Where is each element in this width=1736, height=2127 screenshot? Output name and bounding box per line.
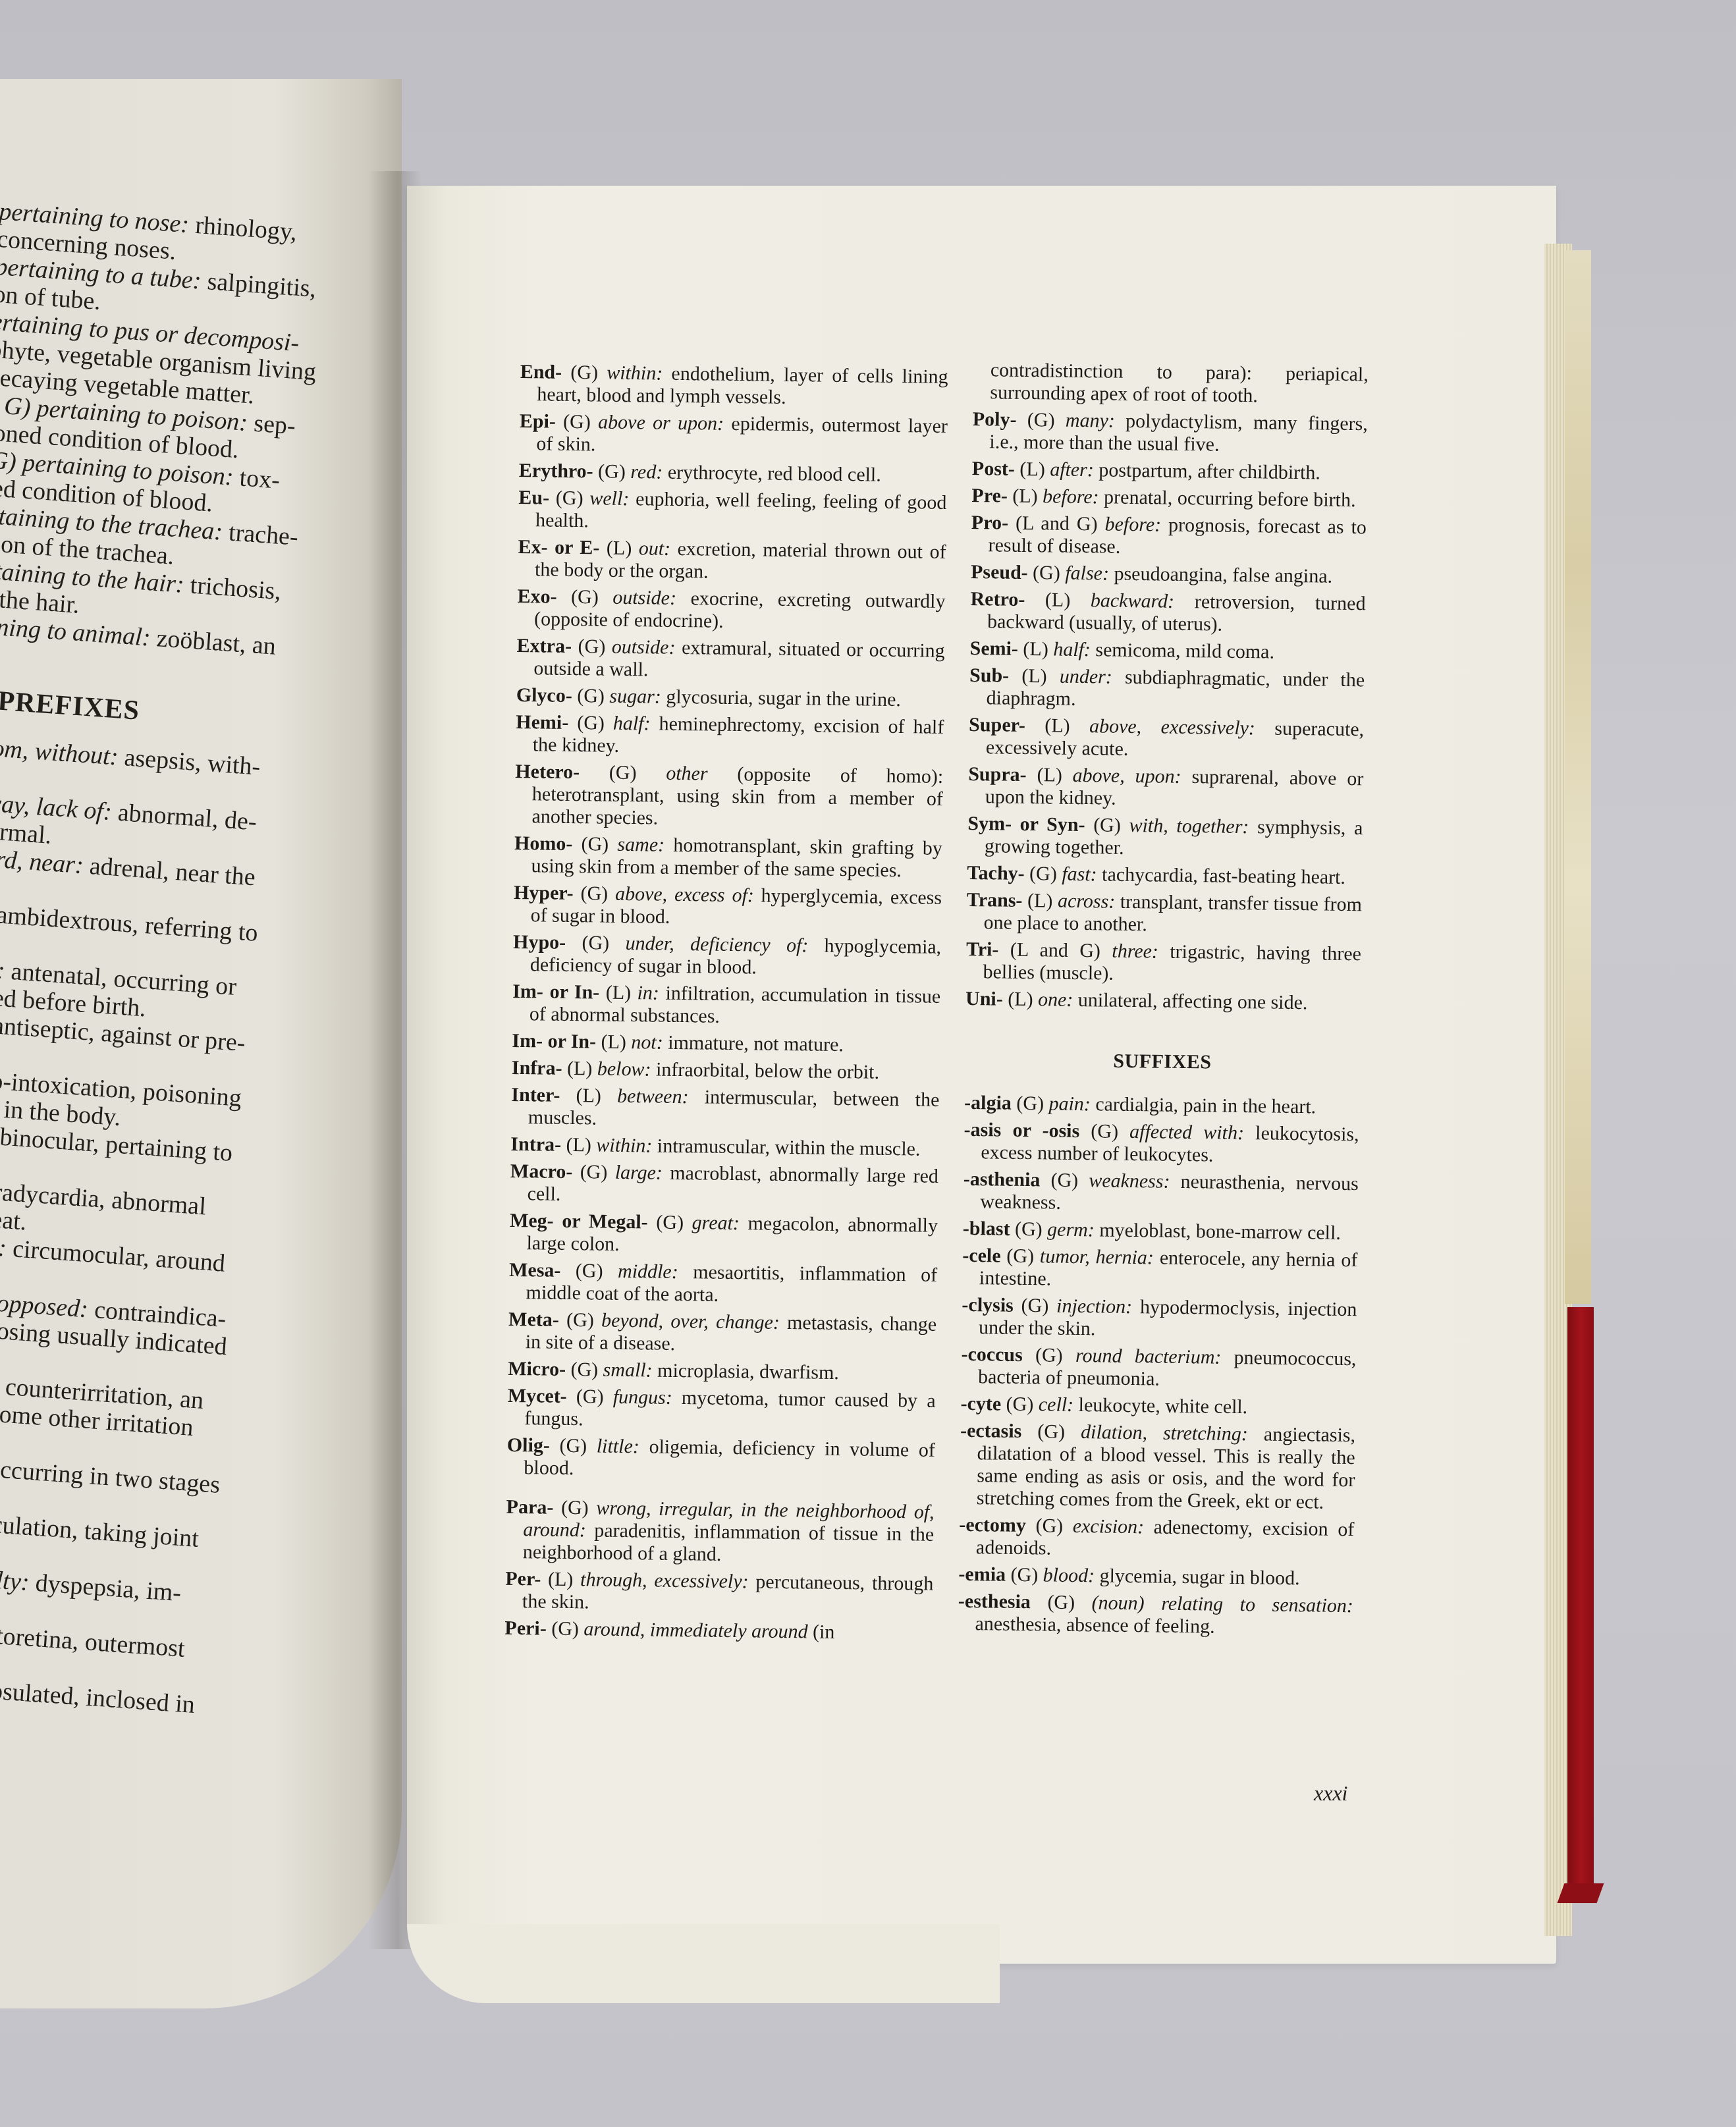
dictionary-entry: Extra- (G) outside: extramural, situated… <box>516 635 945 685</box>
entry-definition: glycemia, sugar in blood. <box>1095 1565 1300 1589</box>
entry-term: Trans- <box>967 889 1023 911</box>
entry-meaning: in: <box>637 982 659 1004</box>
entry-meaning: cell: <box>1039 1393 1074 1416</box>
entry-definition: pseudoangina, false angina. <box>1109 563 1332 587</box>
entry-term: -esthesia <box>958 1590 1031 1613</box>
entry-term: -cyte <box>960 1393 1001 1415</box>
entry-origin: (L) <box>596 1031 632 1053</box>
entry-meaning: false: <box>1065 562 1109 585</box>
dictionary-entry: Im- or In- (L) in: infiltration, accumul… <box>512 981 941 1031</box>
entry-term: -ectasis <box>960 1420 1022 1442</box>
entry-definition: cardialgia, pain in the heart. <box>1091 1093 1316 1117</box>
entry-origin: (L) <box>599 537 639 559</box>
entry-origin: (G) <box>580 761 666 784</box>
entry-term: Intra- <box>510 1133 561 1156</box>
dictionary-entry: Supra- (L) above, upon: suprarenal, abov… <box>968 763 1364 813</box>
entry-meaning: under: <box>1060 666 1112 688</box>
entry-origin: (L) <box>1018 638 1054 660</box>
entry-origin: (G) <box>556 586 612 608</box>
entry-term: Mycet- <box>508 1385 567 1407</box>
entry-term: Ex- or E- <box>518 536 599 559</box>
entry-origin: (L) <box>560 1085 617 1107</box>
dictionary-entry: Eu- (G) well: euphoria, well feeling, fe… <box>518 487 947 537</box>
entry-meaning: above, excess of: <box>615 883 754 907</box>
entry-origin: (L) <box>1003 988 1039 1011</box>
entry-definition: anesthesia, absence of feeling. <box>975 1613 1214 1637</box>
entry-origin: (G) <box>593 460 631 483</box>
entry-origin: (G) <box>550 1435 597 1457</box>
prefix-column-middle: End- (G) within: endothelium, layer of c… <box>504 361 948 1650</box>
entry-origin: (L) <box>1008 485 1043 508</box>
entry-origin: (L and G) <box>1008 512 1105 535</box>
entry-term: Sub- <box>969 664 1009 687</box>
entry-meaning: many: <box>1066 410 1115 432</box>
dictionary-entry: Mycet- (G) fungus: mycetoma, tumor cause… <box>507 1385 936 1435</box>
dictionary-entry: -blast (G) germ: myeloblast, bone-marrow… <box>963 1218 1358 1245</box>
entry-origin: (G) <box>567 1386 613 1408</box>
entry-meaning: with, together: <box>1129 815 1249 838</box>
entry-term: Retro- <box>970 588 1025 610</box>
dictionary-entry: Super- (L) above, excessively: superacut… <box>969 714 1365 763</box>
entry-definition: leukocyte, white cell. <box>1073 1394 1247 1418</box>
line-text: sep- <box>247 409 297 440</box>
suffix-list: -algia (G) pain: cardialgia, pain in the… <box>958 1092 1359 1640</box>
dictionary-entry: -esthesia (G) (noun) relating to sensati… <box>958 1590 1353 1640</box>
entry-origin: (L and G) <box>998 939 1112 962</box>
dictionary-entry: Retro- (L) backward: retroversion, turne… <box>970 588 1366 637</box>
entry-term: Im- or In- <box>512 981 599 1004</box>
dictionary-entry: Ex- or E- (L) out: excretion, material t… <box>518 536 946 586</box>
entry-origin: (G) <box>1031 1591 1092 1613</box>
dictionary-entry: Macro- (G) large: macroblast, abnormally… <box>510 1160 938 1210</box>
entry-origin: (G) <box>568 712 613 734</box>
dictionary-entry: Sym- or Syn- (G) with, together: symphys… <box>967 813 1363 862</box>
entry-term: Extra- <box>517 635 572 657</box>
entry-meaning: red: <box>630 461 663 483</box>
entry-meaning: around, immediately around <box>583 1618 808 1642</box>
entry-origin: (G) <box>1023 1344 1076 1366</box>
entry-origin: (G) <box>1021 1420 1081 1443</box>
entry-origin: (G) <box>648 1211 692 1233</box>
entry-term: -algia <box>964 1092 1012 1114</box>
dictionary-entry: -ectomy (G) excision: adenectomy, excisi… <box>959 1514 1355 1563</box>
dictionary-entry: Post- (L) after: postpartum, after child… <box>972 458 1367 485</box>
entry-origin: (G) <box>1012 1092 1049 1115</box>
entry-origin: (G) <box>566 932 626 954</box>
entry-meaning: great: <box>692 1212 740 1234</box>
entry-term: Hyper- <box>514 882 574 904</box>
entry-origin: (G) <box>553 1497 596 1519</box>
entry-meaning: round bacterium: <box>1075 1345 1222 1368</box>
entry-meaning: above, excessively: <box>1089 715 1255 739</box>
entry-meaning: little: <box>597 1436 639 1458</box>
entry-term: -cele <box>962 1245 1001 1267</box>
entry-meaning: within: <box>596 1135 652 1157</box>
entry-term: Glyco- <box>516 684 572 707</box>
entry-meaning: half: <box>613 713 651 735</box>
entry-origin: (G) <box>573 882 615 905</box>
entry-origin: (G) <box>562 362 607 384</box>
entry-term: Eu- <box>518 487 549 509</box>
dictionary-entry: Poly- (G) many: polydactylism, many fing… <box>972 408 1368 458</box>
suffixes-heading: SUFFIXES <box>965 1048 1360 1075</box>
entry-meaning: large: <box>615 1162 663 1184</box>
entry-origin: (L) <box>1015 458 1050 481</box>
entry-definition: infraorbital, below the orbit. <box>651 1059 879 1083</box>
entry-term: Poly- <box>973 408 1017 431</box>
entry-term: -clysis <box>962 1294 1014 1316</box>
entry-meaning: backward: <box>1091 589 1175 612</box>
entry-term: Macro- <box>510 1160 573 1183</box>
entry-origin: (L) <box>599 982 637 1004</box>
dictionary-entry: Homo- (G) same: homotransplant, skin gra… <box>514 832 942 882</box>
entry-term: Tachy- <box>967 862 1025 884</box>
entry-origin: (L) <box>1022 890 1058 912</box>
entry-definition: intramuscular, within the muscle. <box>652 1135 920 1160</box>
entry-term: -asis or -osis <box>963 1119 1079 1142</box>
entry-term: Epi- <box>520 410 556 433</box>
dictionary-entry: Uni- (L) one: unilateral, affecting one … <box>965 988 1361 1015</box>
entry-origin: (G) <box>547 1618 584 1640</box>
dictionary-entry: -emia (G) blood: glycemia, sugar in bloo… <box>958 1563 1353 1590</box>
dictionary-entry: Tri- (L and G) three: trigastric, having… <box>965 938 1361 988</box>
prefix-list-continued: Poly- (G) many: polydactylism, many fing… <box>965 408 1368 1015</box>
dictionary-entry: Meta- (G) beyond, over, change: metastas… <box>508 1308 937 1359</box>
entry-meaning: fungus: <box>613 1386 672 1409</box>
entry-origin: (G) <box>1001 1393 1039 1416</box>
entry-meaning: weakness: <box>1089 1170 1170 1193</box>
entry-term: Para- <box>506 1496 554 1519</box>
dictionary-entry: -asthenia (G) weakness: neurasthenia, ne… <box>963 1168 1359 1218</box>
entry-origin: (G) <box>560 1260 618 1282</box>
entry-meaning: above, upon: <box>1072 765 1181 788</box>
dictionary-entry: Pro- (L and G) before: prognosis, foreca… <box>971 512 1367 561</box>
entry-term: Post- <box>972 458 1015 480</box>
entry-origin: (G) <box>1040 1169 1089 1191</box>
entry-term: Semi- <box>969 637 1018 660</box>
entry-term: Sym- or Syn- <box>967 813 1085 836</box>
entry-meaning: fast: <box>1062 863 1097 886</box>
entry-term: -coccus <box>961 1343 1023 1366</box>
entry-definition: (in <box>807 1621 834 1642</box>
entry-term: Homo- <box>514 832 573 855</box>
entry-meaning: injection: <box>1056 1295 1132 1318</box>
prefix-suffix-column-right: contradistinction to para): periapical, … <box>958 359 1369 1644</box>
dictionary-entry: Semi- (L) half: semicoma, mild coma. <box>969 637 1365 664</box>
entry-term: Hetero- <box>515 761 580 783</box>
dictionary-entry: Micro- (G) small: microplasia, dwarfism. <box>508 1358 936 1386</box>
entry-term: Pre- <box>971 485 1008 507</box>
entry-meaning: small: <box>603 1359 652 1382</box>
entry-term: Mesa- <box>509 1259 561 1281</box>
entry-meaning: across: <box>1058 890 1116 913</box>
entry-meaning: affected with: <box>1129 1121 1244 1144</box>
entry-meaning: other <box>666 763 708 785</box>
dictionary-entry: Sub- (L) under: subdiaphragmatic, under … <box>969 664 1365 714</box>
entry-term: Inter- <box>511 1084 560 1106</box>
dictionary-entry: Hyper- (G) above, excess of: hyperglycem… <box>514 882 942 932</box>
entry-term: -ectomy <box>959 1514 1026 1536</box>
entry-origin: (G) <box>572 833 617 855</box>
entry-term: Im- or In- <box>512 1030 596 1053</box>
entry-term: -emia <box>958 1563 1006 1586</box>
entry-origin: (G) <box>1016 409 1066 431</box>
entry-origin: (G) <box>1028 562 1066 584</box>
entry-meaning: above or upon: <box>598 411 724 434</box>
dictionary-entry: Hetero- (G) other (opposite of homo): he… <box>514 761 943 833</box>
left-page-top-entries: pertaining to nose: rhinology,concerning… <box>0 198 368 664</box>
dictionary-entry: Im- or In- (L) not: immature, not mature… <box>512 1030 940 1058</box>
entry-term: Erythro- <box>519 460 593 482</box>
entry-origin: (G) <box>572 685 610 707</box>
entry-term: Supra- <box>968 763 1027 786</box>
dictionary-entry: Olig- (G) little: oligemia, deficiency i… <box>506 1434 935 1484</box>
entry-meaning: below: <box>597 1058 651 1081</box>
entry-origin: (G) <box>1014 1295 1057 1317</box>
entry-origin: (G) <box>572 635 612 658</box>
dictionary-entry: Epi- (G) above or upon: epidermis, outer… <box>519 410 948 460</box>
entry-origin: (G) <box>1085 814 1129 836</box>
entry-definition: tachycardia, fast-beating heart. <box>1097 863 1345 888</box>
entry-meaning: before: <box>1104 513 1161 535</box>
entry-origin: (G) <box>1006 1564 1043 1586</box>
entry-definition: postpartum, after childbirth. <box>1094 459 1320 483</box>
entry-origin: (G) <box>559 1309 602 1332</box>
entry-term: -blast <box>963 1218 1010 1240</box>
entry-meaning: excision: <box>1073 1515 1145 1538</box>
entry-term: -asthenia <box>963 1168 1041 1191</box>
dictionary-entry: -asis or -osis (G) affected with: leukoc… <box>963 1119 1359 1168</box>
entry-meaning: one: <box>1038 988 1073 1011</box>
dictionary-entry: Infra- (L) below: infraorbital, below th… <box>512 1057 940 1085</box>
entry-meaning: between: <box>617 1085 689 1108</box>
entry-meaning: dilation, stretching: <box>1081 1421 1248 1445</box>
dictionary-entry: Trans- (L) across: transplant, transfer … <box>966 889 1362 938</box>
entry-term: Per- <box>505 1568 541 1590</box>
entry-term: Meg- or Megal- <box>510 1210 648 1233</box>
entry-origin: (G) <box>1000 1245 1040 1268</box>
page-number: xxxi <box>1314 1781 1348 1806</box>
entry-definition: glycosuria, sugar in the urine. <box>661 686 901 711</box>
entry-meaning: well: <box>589 487 629 510</box>
entry-term: Uni- <box>965 988 1003 1010</box>
entry-origin: (G) <box>1010 1218 1047 1241</box>
entry-meaning: beyond, over, change: <box>601 1310 780 1333</box>
entry-origin: (G) <box>1025 863 1062 885</box>
dictionary-entry: Per- (L) through, excessively: percutane… <box>505 1568 934 1618</box>
entry-term: Micro- <box>508 1358 566 1380</box>
dictionary-entry: Pre- (L) before: prenatal, occurring bef… <box>971 485 1367 512</box>
prefixes-heading: PREFIXES <box>0 687 334 738</box>
entry-meaning: blood: <box>1043 1564 1095 1586</box>
dictionary-entry: Hypo- (G) under, deficiency of: hypoglyc… <box>513 931 942 981</box>
entry-origin: (L) <box>561 1134 597 1156</box>
dictionary-entry: -algia (G) pain: cardialgia, pain in the… <box>964 1092 1359 1119</box>
entry-meaning: not: <box>631 1031 663 1054</box>
entry-meaning: before: <box>1043 485 1099 508</box>
entry-term: Tri- <box>966 938 999 961</box>
entry-definition: prenatal, occurring before birth. <box>1099 486 1355 511</box>
dictionary-entry: Glyco- (G) sugar: glycosuria, sugar in t… <box>516 684 944 712</box>
entry-definition: erythrocyte, red blood cell. <box>663 462 881 486</box>
entry-meaning: three: <box>1112 940 1158 963</box>
entry-definition: myeloblast, bone-marrow cell. <box>1095 1219 1341 1244</box>
entry-meaning: outside: <box>612 587 676 609</box>
entry-meaning: after: <box>1050 458 1094 481</box>
entry-origin: (G) <box>549 487 590 510</box>
entry-definition: immature, not mature. <box>663 1032 844 1056</box>
cover-corner <box>1558 1883 1604 1903</box>
entry-origin: (G) <box>566 1359 603 1381</box>
dictionary-entry: Para- (G) wrong, irregular, in the neigh… <box>506 1496 935 1569</box>
dictionary-entry: Hemi- (G) half: heminephrectomy, excisio… <box>516 711 944 761</box>
entry-meaning: sugar: <box>609 686 661 708</box>
entry-term: Olig- <box>507 1434 550 1457</box>
dictionary-entry: Tachy- (G) fast: tachycardia, fast-beati… <box>967 862 1362 889</box>
entry-origin: (L) <box>1025 589 1091 611</box>
entry-term: Pro- <box>971 512 1008 534</box>
dictionary-entry: Exo- (G) outside: exocrine, excreting ou… <box>517 585 946 635</box>
entry-meaning: pain: <box>1048 1092 1091 1115</box>
entry-meaning: under, deficiency of: <box>625 932 808 956</box>
dictionary-entry: Pseud- (G) false: pseudoangina, false an… <box>971 561 1366 588</box>
entry-definition: unilateral, affecting one side. <box>1073 989 1307 1013</box>
entry-origin: (L) <box>562 1058 597 1080</box>
dictionary-entry: -cyte (G) cell: leukocyte, white cell. <box>960 1393 1355 1420</box>
entry-term: Peri- <box>504 1617 547 1640</box>
entry-origin: (L) <box>541 1569 580 1591</box>
entry-meaning: same: <box>617 834 665 856</box>
entry-origin: (G) <box>1079 1120 1129 1143</box>
entry-term: Meta- <box>508 1308 559 1331</box>
entry-term: Hypo- <box>513 931 566 954</box>
entry-origin: (G) <box>572 1161 615 1183</box>
entry-definition: microplasia, dwarfism. <box>652 1360 839 1384</box>
dictionary-entry: Mesa- (G) middle: mesaortitis, inflammat… <box>509 1259 938 1309</box>
entry-term: Hemi- <box>516 711 568 734</box>
cover-red-spine-edge <box>1567 1307 1594 1900</box>
entry-origin: (G) <box>1026 1515 1073 1537</box>
entry-meaning: outside: <box>612 636 676 659</box>
peri-entry-continuation: contradistinction to para): periapical, … <box>973 359 1369 408</box>
dictionary-entry: Meg- or Megal- (G) great: megacolon, abn… <box>509 1210 938 1260</box>
entry-meaning: middle: <box>618 1260 678 1283</box>
entry-term: End- <box>520 361 562 383</box>
dictionary-entry: -cele (G) tumor, hernia: enterocele, any… <box>962 1245 1358 1294</box>
entry-term: Exo- <box>517 585 556 608</box>
dictionary-entry: Peri- (G) around, immediately around (in <box>504 1617 933 1645</box>
entry-definition: semicoma, mild coma. <box>1091 639 1274 662</box>
dictionary-entry: Intra- (L) within: intramuscular, within… <box>510 1133 938 1161</box>
dictionary-entry: End- (G) within: endothelium, layer of c… <box>520 361 948 411</box>
entry-meaning: germ: <box>1047 1218 1095 1241</box>
dictionary-entry: Inter- (L) between: intermuscular, betwe… <box>511 1084 940 1134</box>
entry-meaning: through, excessively: <box>580 1569 749 1592</box>
line-text: tox- <box>232 464 281 495</box>
entry-term: Pseud- <box>971 561 1028 583</box>
entry-term: Infra- <box>512 1057 562 1079</box>
entry-origin: (L) <box>1026 764 1072 786</box>
entry-origin: (L) <box>1009 665 1060 687</box>
entry-meaning: (noun) relating to sensation: <box>1092 1592 1354 1617</box>
entry-origin: (G) <box>556 411 599 433</box>
entry-meaning: within: <box>607 362 663 385</box>
cover-marbled-board <box>1565 250 1591 1304</box>
dictionary-entry: -clysis (G) injection: hypodermoclysis, … <box>962 1294 1357 1343</box>
entry-origin: (L) <box>1025 714 1090 737</box>
entry-meaning: half: <box>1053 639 1091 661</box>
dictionary-entry: -ectasis (G) dilation, stretching: angie… <box>960 1420 1356 1514</box>
dictionary-entry: -coccus (G) round bacterium: pneumococcu… <box>961 1343 1357 1393</box>
entry-term: Super- <box>969 714 1025 736</box>
entry-meaning: out: <box>639 537 671 560</box>
dictionary-entry: Erythro- (G) red: erythrocyte, red blood… <box>519 460 947 487</box>
line-text: trache- <box>221 518 299 551</box>
entry-meaning: tumor, hernia: <box>1040 1245 1154 1268</box>
